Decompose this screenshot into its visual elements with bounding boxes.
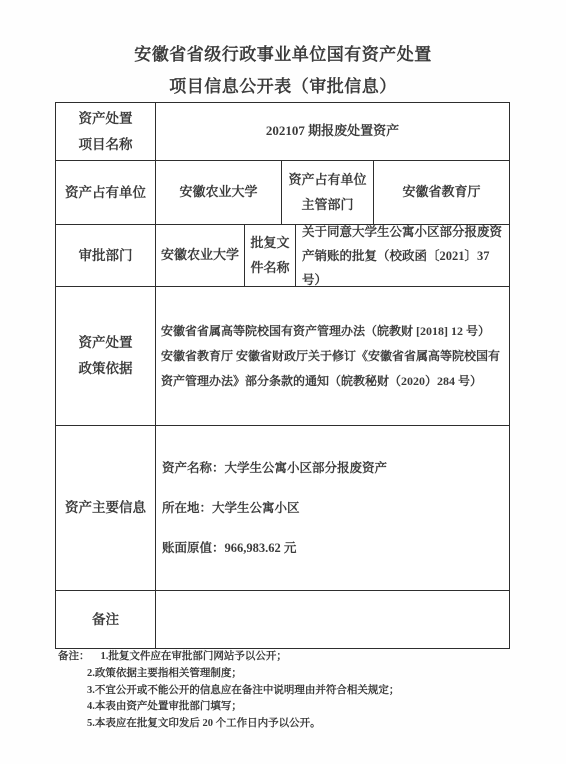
table-row-asset-info: 资产主要信息 资产名称：大学生公寓小区部分报废资产 所在地：大学生公寓小区 账面… <box>56 426 509 591</box>
holder-unit-label: 资产占有单位 <box>56 161 156 224</box>
approval-doc-value: 关于同意大学生公寓小区部分报废资产销账的批复（校政函〔2021〕37 号） <box>296 225 509 286</box>
footer-note-item-1: 1.批复文件应在审批部门网站予以公开； <box>101 649 287 666</box>
policy-basis-value: 安徽省省属高等院校国有资产管理办法（皖教财 [2018] 12 号） 安徽省教育… <box>156 287 509 425</box>
footer-notes: 备注： 1.批复文件应在审批部门网站予以公开； 2.政策依据主要指相关管理制度；… <box>58 649 399 733</box>
footer-note-item-2: 2.政策依据主要指相关管理制度； <box>87 666 399 683</box>
document-page: 安徽省省级行政事业单位国有资产处置 项目信息公开表（审批信息） 资产处置 项目名… <box>0 0 566 764</box>
policy-line-2: 安徽省教育厅 安徽省财政厅关于修订《安徽省省属高等院校国有资产管理办法》部分条款… <box>161 344 504 394</box>
holder-unit-value: 安徽农业大学 <box>156 161 282 224</box>
remark-value <box>156 591 509 648</box>
policy-line-1: 安徽省省属高等院校国有资产管理办法（皖教财 [2018] 12 号） <box>161 319 490 344</box>
asset-info-label: 资产主要信息 <box>56 426 156 590</box>
table-row-project: 资产处置 项目名称 202107 期报废处置资产 <box>56 103 509 161</box>
footer-note-item-3: 3.不宜公开或不能公开的信息应在备注中说明理由并符合相关规定； <box>87 683 399 700</box>
project-name-label: 资产处置 项目名称 <box>56 103 156 160</box>
table-row-approval: 审批部门 安徽农业大学 批复文 件名称 关于同意大学生公寓小区部分报废资产销账的… <box>56 225 509 287</box>
asset-disposal-info-table: 资产处置 项目名称 202107 期报废处置资产 资产占有单位 安徽农业大学 资… <box>55 102 510 649</box>
footer-note-item-5: 5.本表应在批复文印发后 20 个工作日内予以公开。 <box>87 716 399 733</box>
remark-label: 备注 <box>56 591 156 648</box>
page-title-line1: 安徽省省级行政事业单位国有资产处置 <box>0 40 566 65</box>
footer-notes-label: 备注： <box>58 649 90 666</box>
asset-book-value-line: 账面原值：966,983.62 元 <box>162 528 296 568</box>
table-row-holder: 资产占有单位 安徽农业大学 资产占有单位 主管部门 安徽省教育厅 <box>56 161 509 225</box>
holder-dept-value: 安徽省教育厅 <box>374 161 509 224</box>
approval-doc-label: 批复文 件名称 <box>245 225 296 286</box>
approval-dept-label: 审批部门 <box>56 225 156 286</box>
asset-location-line: 所在地：大学生公寓小区 <box>162 488 300 528</box>
page-title-line2: 项目信息公开表（审批信息） <box>0 72 566 97</box>
footer-note-line-1: 备注： 1.批复文件应在审批部门网站予以公开； <box>58 649 399 666</box>
asset-name-line: 资产名称：大学生公寓小区部分报废资产 <box>162 448 387 488</box>
policy-basis-label: 资产处置 政策依据 <box>56 287 156 425</box>
table-row-policy: 资产处置 政策依据 安徽省省属高等院校国有资产管理办法（皖教财 [2018] 1… <box>56 287 509 426</box>
footer-note-item-4: 4.本表由资产处置审批部门填写； <box>87 699 399 716</box>
approval-dept-value: 安徽农业大学 <box>156 225 245 286</box>
holder-dept-label: 资产占有单位 主管部门 <box>282 161 374 224</box>
project-name-value: 202107 期报废处置资产 <box>156 103 509 160</box>
asset-info-value: 资产名称：大学生公寓小区部分报废资产 所在地：大学生公寓小区 账面原值：966,… <box>156 426 509 590</box>
table-row-remark: 备注 <box>56 591 509 648</box>
